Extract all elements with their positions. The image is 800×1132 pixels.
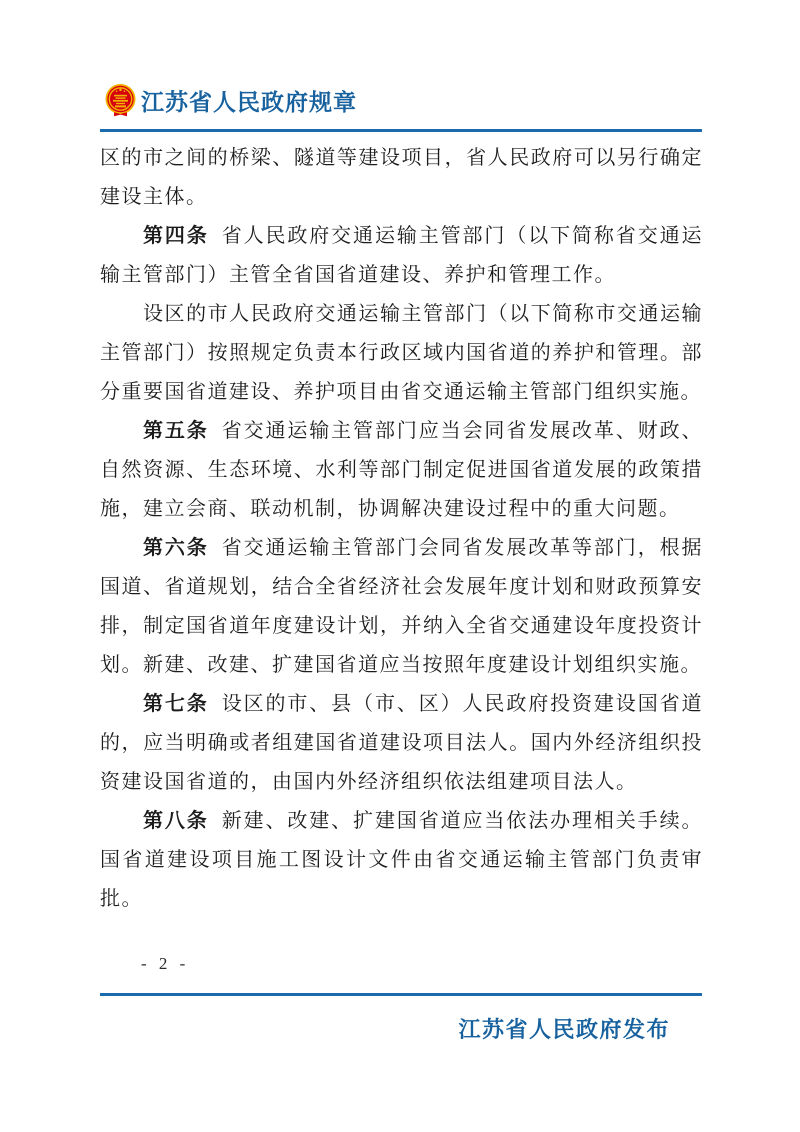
paragraph: 第五条省交通运输主管部门应当会同省发展改革、财政、自然资源、生态环境、水利等部门… xyxy=(100,412,703,529)
paragraph: 第四条省人民政府交通运输主管部门（以下简称省交通运输主管部门）主管全省国省道建设… xyxy=(100,217,703,295)
article-label: 第七条 xyxy=(143,693,209,715)
china-national-emblem-icon xyxy=(104,83,137,118)
document-page: 江苏省人民政府规章 区的市之间的桥梁、隧道等建设项目，省人民政府可以另行确定建设… xyxy=(0,0,800,1132)
paragraph: 第七条设区的市、县（市、区）人民政府投资建设国省道的，应当明确或者组建国省道建设… xyxy=(100,685,703,802)
article-label: 第六条 xyxy=(143,537,209,559)
article-label: 第八条 xyxy=(143,810,209,832)
paragraph: 区的市之间的桥梁、隧道等建设项目，省人民政府可以另行确定建设主体。 xyxy=(100,139,703,217)
publisher-label: 江苏省人民政府发布 xyxy=(100,1013,670,1044)
paragraph: 第八条新建、改建、扩建国省道应当依法办理相关手续。国省道建设项目施工图设计文件由… xyxy=(100,802,703,919)
header-divider xyxy=(100,129,702,132)
document-body: 区的市之间的桥梁、隧道等建设项目，省人民政府可以另行确定建设主体。第四条省人民政… xyxy=(100,139,703,919)
page-number: - 2 - xyxy=(141,954,189,974)
header-title: 江苏省人民政府规章 xyxy=(141,84,357,117)
article-label: 第四条 xyxy=(143,225,209,247)
article-label: 第五条 xyxy=(143,420,209,442)
paragraph: 设区的市人民政府交通运输主管部门（以下简称市交通运输主管部门）按照规定负责本行政… xyxy=(100,295,703,412)
footer-divider xyxy=(100,993,702,996)
document-header: 江苏省人民政府规章 xyxy=(104,83,357,118)
paragraph: 第六条省交通运输主管部门会同省发展改革等部门，根据国道、省道规划，结合全省经济社… xyxy=(100,529,703,685)
